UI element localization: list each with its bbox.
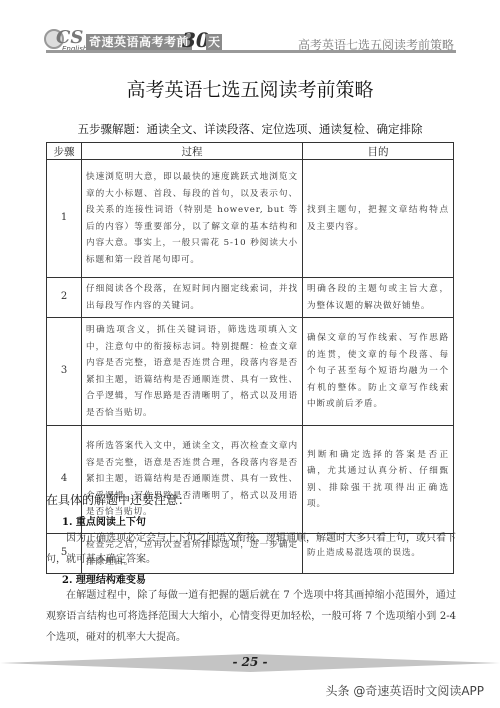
section-body-1: 因为正确选项必定会与上下句之间语义衔接、逻辑通顺，解题时大多只看上句，或只看下句…	[46, 528, 456, 570]
step-purpose: 确保文章的写作线索、写作思路的连贯，使文章的每个段落、每个句子甚至每个短语均融为…	[303, 318, 454, 426]
section-title-2: 2. 理理结构难变易	[62, 571, 146, 586]
step-purpose: 判断和确定选择的答案是否正确，尤其通过认真分析、仔细甄别、排除强干扰项得出正确选…	[303, 426, 454, 534]
publisher-logo: CS English	[42, 29, 86, 51]
page-title: 高考英语七选五阅读考前策略	[0, 75, 500, 102]
header-divider	[46, 50, 456, 53]
notes-heading: 在具体的解题中还要注意：	[46, 491, 190, 508]
brand-suffix: 天	[206, 34, 222, 50]
step-purpose: 明确各段的主题句或主旨大意，为整体议题的解决做好铺垫。	[303, 278, 454, 318]
brand-text: 奇速英语高考考前	[86, 34, 192, 50]
section-title-1: 1. 重点阅读上下句	[62, 513, 146, 528]
column-header-step: 步骤	[47, 143, 82, 160]
page-number: - 25 -	[0, 655, 500, 669]
step-process: 快速浏览明大意，即以最快的速度跳跃式地浏览文章的大小标题、首段、每段的首句，以及…	[82, 160, 303, 278]
table-row: 2 仔细阅读各个段落，在短时间内圈定线索词，并找出每段写作内容的关键词。 明确各…	[47, 278, 454, 318]
table-row: 3 明确选项含义，抓住关键词语，筛选选项填入文中，注意句中的衔接标志词。特别提醒…	[47, 318, 454, 426]
watermark: 头条 @奇速英语时文阅读APP	[326, 682, 485, 699]
steps-table: 步骤 过程 目的 1 快速浏览明大意，即以最快的速度跳跃式地浏览文章的大小标题、…	[46, 142, 454, 574]
step-number: 1	[47, 160, 82, 278]
table-row: 1 快速浏览明大意，即以最快的速度跳跃式地浏览文章的大小标题、首段、每段的首句，…	[47, 160, 454, 278]
step-process: 仔细阅读各个段落，在短时间内圈定线索词，并找出每段写作内容的关键词。	[82, 278, 303, 318]
step-purpose: 找到主题句，把握文章结构特点及主要内容。	[303, 160, 454, 278]
subtitle: 五步骤解题：通读全文、详读段落、定位选项、通读复检、确定排除	[0, 121, 500, 137]
step-number: 2	[47, 278, 82, 318]
column-header-purpose: 目的	[303, 143, 454, 160]
table-header-row: 步骤 过程 目的	[47, 143, 454, 160]
step-process: 明确选项含义，抓住关键词语，筛选选项填入文中，注意句中的衔接标志词。特别提醒：检…	[82, 318, 303, 426]
column-header-process: 过程	[82, 143, 303, 160]
section-body-2: 在解题过程中，除了每做一道有把握的题后就在 7 个选项中将其画掉缩小范围外，通过…	[46, 585, 456, 648]
page-header: CS English 奇速英语高考考前 30 天 高考英语七选五阅读考前策略	[0, 0, 500, 56]
step-number: 3	[47, 318, 82, 426]
